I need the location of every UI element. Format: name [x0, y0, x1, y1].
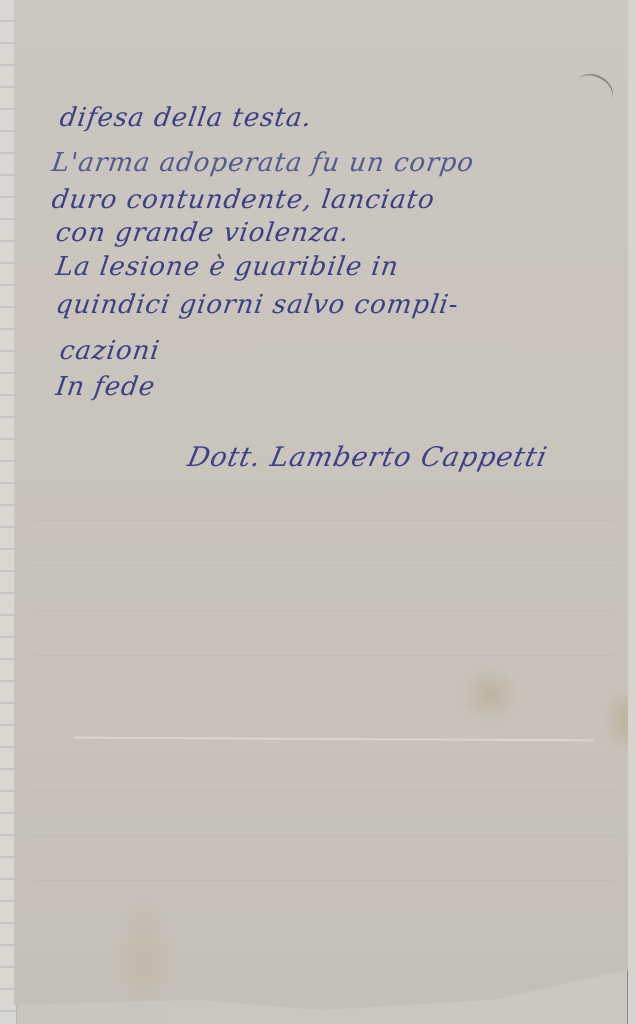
- handwritten-line: In fede: [54, 372, 158, 402]
- photo-scene: difesa della testa. L'arma adoperata fu …: [0, 0, 636, 1024]
- faint-rule-line: [34, 655, 614, 656]
- signature: Dott. Lamberto Cappetti: [185, 442, 550, 473]
- paper-mark: [569, 67, 620, 115]
- handwritten-line: quindici giorni salvo compli-: [54, 290, 461, 320]
- underlying-page-edge: [627, 0, 636, 1024]
- faint-rule-line: [34, 520, 614, 521]
- faint-rule-line: [34, 835, 614, 836]
- paper-crease: [74, 737, 594, 742]
- handwritten-line: La lesione è guaribile in: [54, 252, 401, 282]
- faint-rule-line: [34, 565, 614, 566]
- handwritten-line: cazioni: [58, 336, 162, 366]
- faint-rule-line: [34, 880, 614, 881]
- faint-rule-line: [34, 790, 614, 791]
- handwritten-line: con grande violenza.: [54, 218, 352, 248]
- handwritten-line: L'arma adoperata fu un corpo: [50, 148, 476, 178]
- handwritten-line: duro contundente, lanciato: [50, 185, 437, 215]
- faint-rule-line: [34, 610, 614, 611]
- handwritten-line: difesa della testa.: [58, 103, 314, 133]
